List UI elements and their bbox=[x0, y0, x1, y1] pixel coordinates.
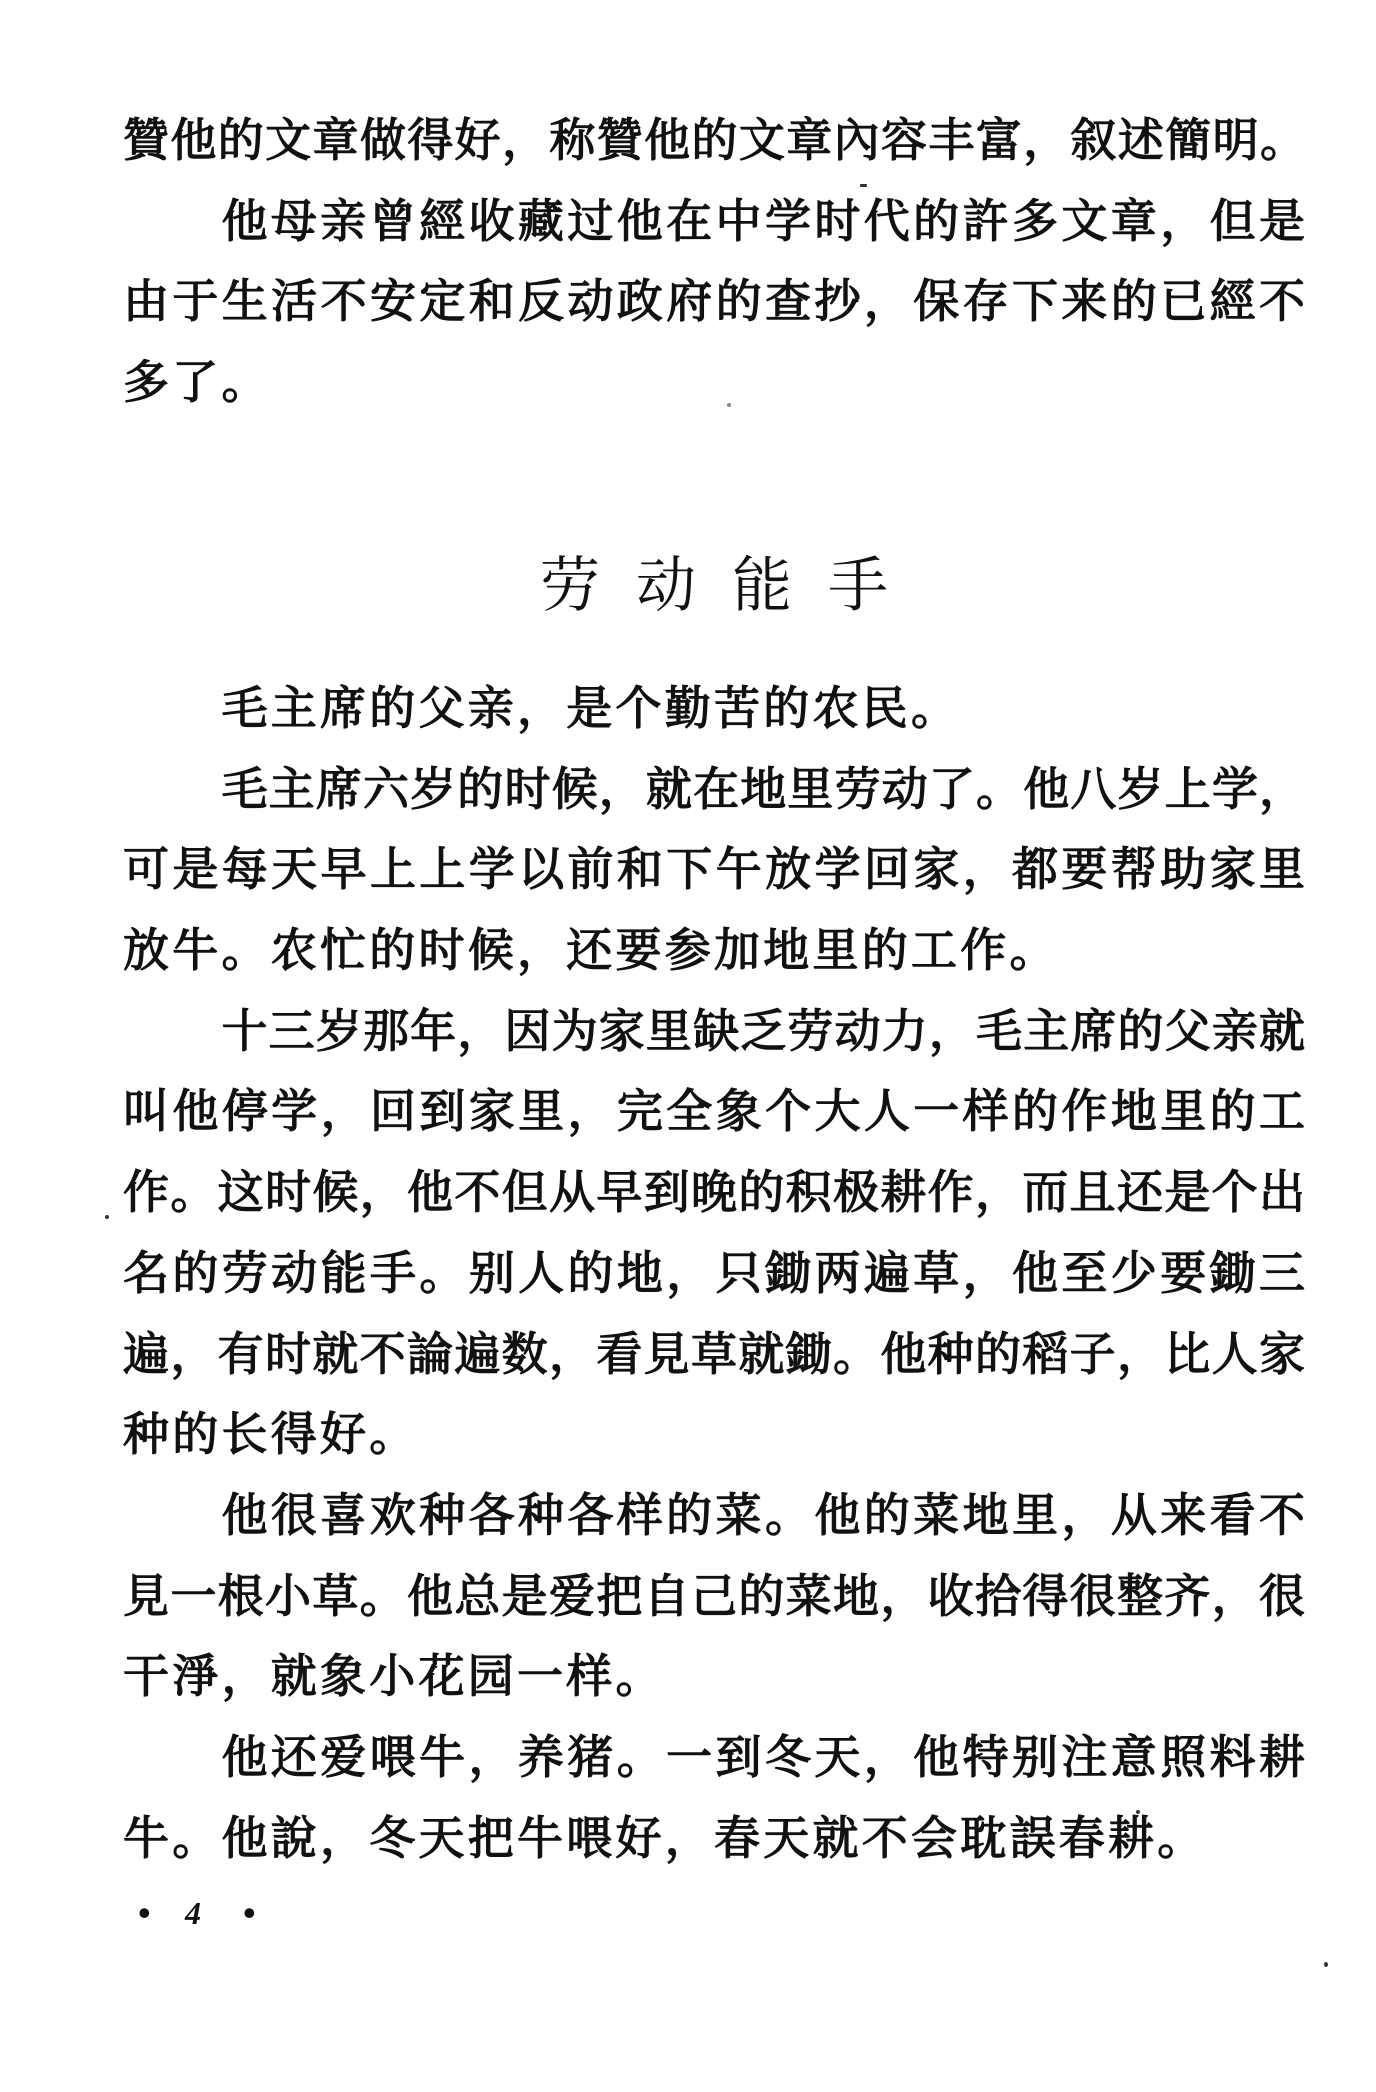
text-line: 干淨，就象小花园一样。 bbox=[123, 1636, 1305, 1717]
text-line: 名的劳动能手。别人的地，只鋤两遍草，他至少要鋤三 bbox=[123, 1233, 1305, 1314]
text-line: 贊他的文章做得好，称贊他的文章內容丰富，叙述簡明。 bbox=[123, 100, 1305, 181]
scan-speck bbox=[860, 184, 867, 187]
text-line: 他还爱喂牛，养猪。一到冬天，他特别注意照料耕 bbox=[123, 1717, 1305, 1798]
text-line: 他很喜欢种各种各样的菜。他的菜地里，从来看不 bbox=[123, 1475, 1305, 1556]
text-line: 毛主席六岁的时候，就在地里劳动了。他八岁上学， bbox=[123, 749, 1305, 830]
text-line: 可是每天早上上学以前和下午放学回家，都要帮助家里 bbox=[123, 829, 1305, 910]
text-line: 見一根小草。他总是爱把自己的菜地，收拾得很整齐，很 bbox=[123, 1556, 1305, 1637]
scan-speck bbox=[1324, 1962, 1328, 1967]
scan-speck bbox=[1136, 1810, 1140, 1814]
paragraph: 他还爱喂牛，养猪。一到冬天，他特别注意照料耕 牛。他說，冬天把牛喂好，春天就不会… bbox=[123, 1717, 1305, 1878]
continued-text: 贊他的文章做得好，称贊他的文章內容丰富，叙述簡明。 他母亲曾經收藏过他在中学时代… bbox=[123, 100, 1305, 423]
scan-speck bbox=[105, 1215, 109, 1219]
page-marker-right: • bbox=[243, 1892, 256, 1934]
page-number: 4 bbox=[185, 1892, 201, 1934]
text-line: 毛主席的父亲，是个勤苦的农民。 bbox=[123, 668, 1305, 749]
text-line: 遍，有时就不論遍数，看見草就鋤。他种的稻子，比人家 bbox=[123, 1314, 1305, 1395]
text-line: 牛。他說，冬天把牛喂好，春天就不会耽誤春耕。 bbox=[123, 1798, 1305, 1879]
text-line: 作。这时候，他不但从早到晚的积极耕作，而且还是个出 bbox=[123, 1152, 1305, 1233]
section-heading: 劳动能手 bbox=[123, 546, 1305, 626]
text-line: 种的长得好。 bbox=[123, 1394, 1305, 1475]
paragraph: 他很喜欢种各种各样的菜。他的菜地里，从来看不 見一根小草。他总是爱把自己的菜地，… bbox=[123, 1475, 1305, 1717]
paragraph: 毛主席的父亲，是个勤苦的农民。 bbox=[123, 668, 1305, 749]
scan-speck bbox=[727, 403, 731, 407]
paragraph: 十三岁那年，因为家里缺乏劳动力，毛主席的父亲就 叫他停学，回到家里，完全象个大人… bbox=[123, 991, 1305, 1475]
paragraph: 贊他的文章做得好，称贊他的文章內容丰富，叙述簡明。 bbox=[123, 100, 1305, 181]
section-body: 毛主席的父亲，是个勤苦的农民。 毛主席六岁的时候，就在地里劳动了。他八岁上学， … bbox=[123, 668, 1305, 1878]
text-line: 十三岁那年，因为家里缺乏劳动力，毛主席的父亲就 bbox=[123, 991, 1305, 1072]
text-line: 叫他停学，回到家里，完全象个大人一样的作地里的工 bbox=[123, 1071, 1305, 1152]
paragraph: 毛主席六岁的时候，就在地里劳动了。他八岁上学， 可是每天早上上学以前和下午放学回… bbox=[123, 749, 1305, 991]
text-line: 放牛。农忙的时候，还要参加地里的工作。 bbox=[123, 910, 1305, 991]
page-marker-left: • bbox=[138, 1892, 151, 1934]
text-line: 由于生活不安定和反动政府的查抄，保存下来的已經不 bbox=[123, 261, 1305, 342]
text-line: 多了。 bbox=[123, 342, 1305, 423]
text-line: 他母亲曾經收藏过他在中学时代的許多文章，但是 bbox=[123, 181, 1305, 262]
paragraph: 他母亲曾經收藏过他在中学时代的許多文章，但是 由于生活不安定和反动政府的查抄，保… bbox=[123, 181, 1305, 423]
